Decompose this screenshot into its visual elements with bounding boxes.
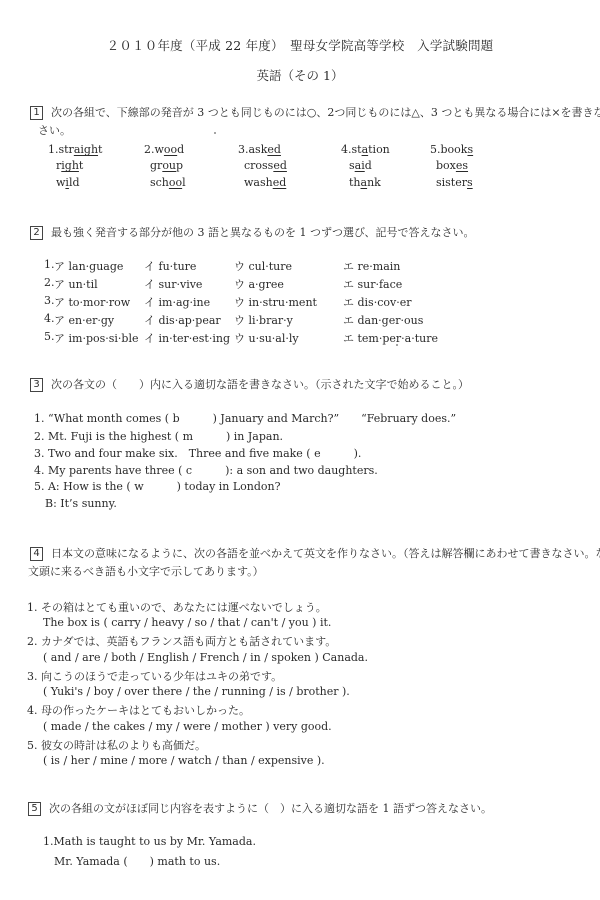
q3-item-4: 4. My parents have three ( c ): a son an… (34, 462, 378, 478)
q4-instruction-text: 日本文の意味になるように、次の各語を並べかえて英文を作りなさい。（答えは解答欄に… (51, 547, 600, 560)
q2-choice-b: イ im·ag·ine (144, 294, 210, 310)
q4-item-2-ja: 2. カナダでは、英語もフランス語も両方とも話されています。 (27, 633, 336, 649)
q2-choice-num: 4. (44, 312, 55, 325)
q1-word: right (56, 159, 83, 172)
q2-choice-c: ウ li·brar·y (234, 312, 293, 328)
q4-item-2-en: ( and / are / both / English / French / … (43, 651, 368, 664)
q1-word: washed (244, 176, 286, 189)
q2-choice-b: イ sur·vive (144, 276, 202, 292)
q4-instruction-cont: 文頭に来るべき語も小文字で示してあります。） (28, 563, 264, 579)
q1-instruction: 1次の各組で、下線部の発音が 3 つとも同じものには○、2つ同じものには△、3 … (30, 104, 600, 120)
q1-word: 4.station (341, 143, 390, 156)
q3-item-1: 1. “What month comes ( b ) January and M… (34, 410, 456, 426)
q5-instruction: 5次の各組の文がほぼ同じ内容を表すように（ ）に入る適切な語を 1 語ずつ答えな… (28, 800, 492, 816)
q4-item-3-ja: 3. 向こうのほうで走っている少年はユキの弟です。 (27, 668, 282, 684)
q3-instruction: 3次の各文の（ ）内に入る適切な語を書きなさい。（示された文字で始めること。） (30, 376, 469, 392)
q2-choice-c: ウ u·su·al·ly (234, 330, 299, 346)
q2-choice-a: ア en·er·gy (54, 312, 114, 328)
q1-word: school (150, 176, 186, 189)
scan-speck (396, 344, 398, 346)
q1-word: crossed (244, 159, 287, 172)
q1-instruction-text: 次の各組で、下線部の発音が 3 つとも同じものには○、2つ同じものには△、3 つ… (51, 106, 600, 119)
q1-word: 2.wood (144, 143, 184, 156)
q4-item-4-ja: 4. 母の作ったケーキはとてもおいしかった。 (27, 702, 250, 718)
q1-word: boxes (436, 159, 468, 172)
q4-item-1-en: The box is ( carry / heavy / so / that /… (43, 616, 331, 629)
q2-choice-d: エ dis·cov·er (343, 294, 411, 310)
scan-speck (214, 132, 216, 134)
q2-number-box: 2 (30, 226, 43, 240)
q2-choice-num: 5. (44, 330, 55, 343)
q2-choice-c: ウ in·stru·ment (234, 294, 317, 310)
q2-choice-num: 2. (44, 276, 55, 289)
q4-item-3-en: ( Yuki's / boy / over there / the / runn… (43, 685, 350, 698)
q3-item-2: 2. Mt. Fuji is the highest ( m ) in Japa… (34, 428, 283, 444)
q2-choice-b: イ in·ter·est·ing (144, 330, 230, 346)
q3-instruction-text: 次の各文の（ ）内に入る適切な語を書きなさい。（示された文字で始めること。） (51, 378, 469, 391)
q2-choice-d: エ tem·per·a·ture (343, 330, 438, 346)
q2-choice-d: エ dan·ger·ous (343, 312, 423, 328)
q2-choice-d: エ sur·face (343, 276, 402, 292)
q3-item-5b: B: It’s sunny. (34, 495, 117, 511)
q2-choice-a: ア un·til (54, 276, 98, 292)
q5-item-1-line1: 1.Math is taught to us by Mr. Yamada. (43, 835, 256, 848)
q2-choice-d: エ re·main (343, 258, 400, 274)
q1-word: 5.books (430, 143, 473, 156)
q2-instruction: 2最も強く発音する部分が他の 3 語と異なるものを 1 つずつ選び、記号で答えな… (30, 224, 475, 240)
q4-item-5-ja: 5. 彼女の時計は私のよりも高価だ。 (27, 737, 206, 753)
q1-number-box: 1 (30, 106, 43, 120)
q3-item-3: 3. Two and four make six. Three and five… (34, 445, 361, 461)
q1-word: wild (56, 176, 80, 189)
q2-choice-b: イ fu·ture (144, 258, 196, 274)
q2-choice-num: 1. (44, 258, 55, 271)
q1-word: 3.asked (238, 143, 281, 156)
q5-number-box: 5 (28, 802, 41, 816)
q1-word: sisters (436, 176, 473, 189)
exam-subtitle: 英語（その 1） (0, 66, 600, 84)
q2-choice-num: 3. (44, 294, 55, 307)
q3-item-5: 5. A: How is the ( w ) today in London? (34, 478, 281, 494)
q4-item-1-ja: 1. その箱はとても重いので、あなたには運べないでしょう。 (27, 599, 327, 615)
q2-choice-a: ア im·pos·si·ble (54, 330, 138, 346)
q5-item-1-line2: Mr. Yamada ( ) math to us. (54, 853, 220, 869)
q4-instruction: 4日本文の意味になるように、次の各語を並べかえて英文を作りなさい。（答えは解答欄… (30, 545, 600, 561)
q4-number-box: 4 (30, 547, 43, 561)
q2-choice-c: ウ cul·ture (234, 258, 292, 274)
q4-item-4-en: ( made / the cakes / my / were / mother … (43, 720, 332, 733)
q1-word: thank (349, 176, 381, 189)
q1-instruction-cont: さい。 (38, 122, 71, 138)
q2-choice-a: ア to·mor·row (54, 294, 130, 310)
q1-word: said (349, 159, 372, 172)
exam-title: ２０１０年度（平成 22 年度） 聖母女学院高等学校 入学試験問題 (0, 36, 600, 54)
q5-instruction-text: 次の各組の文がほぼ同じ内容を表すように（ ）に入る適切な語を 1 語ずつ答えなさ… (49, 802, 492, 815)
q3-number-box: 3 (30, 378, 43, 392)
q2-instruction-text: 最も強く発音する部分が他の 3 語と異なるものを 1 つずつ選び、記号で答えなさ… (51, 226, 475, 239)
q1-word: 1.straight (48, 143, 102, 156)
q4-item-5-en: ( is / her / mine / more / watch / than … (43, 754, 325, 767)
q1-word: group (150, 159, 183, 172)
q2-choice-c: ウ a·gree (234, 276, 284, 292)
q2-choice-a: ア lan·guage (54, 258, 123, 274)
q2-choice-b: イ dis·ap·pear (144, 312, 221, 328)
